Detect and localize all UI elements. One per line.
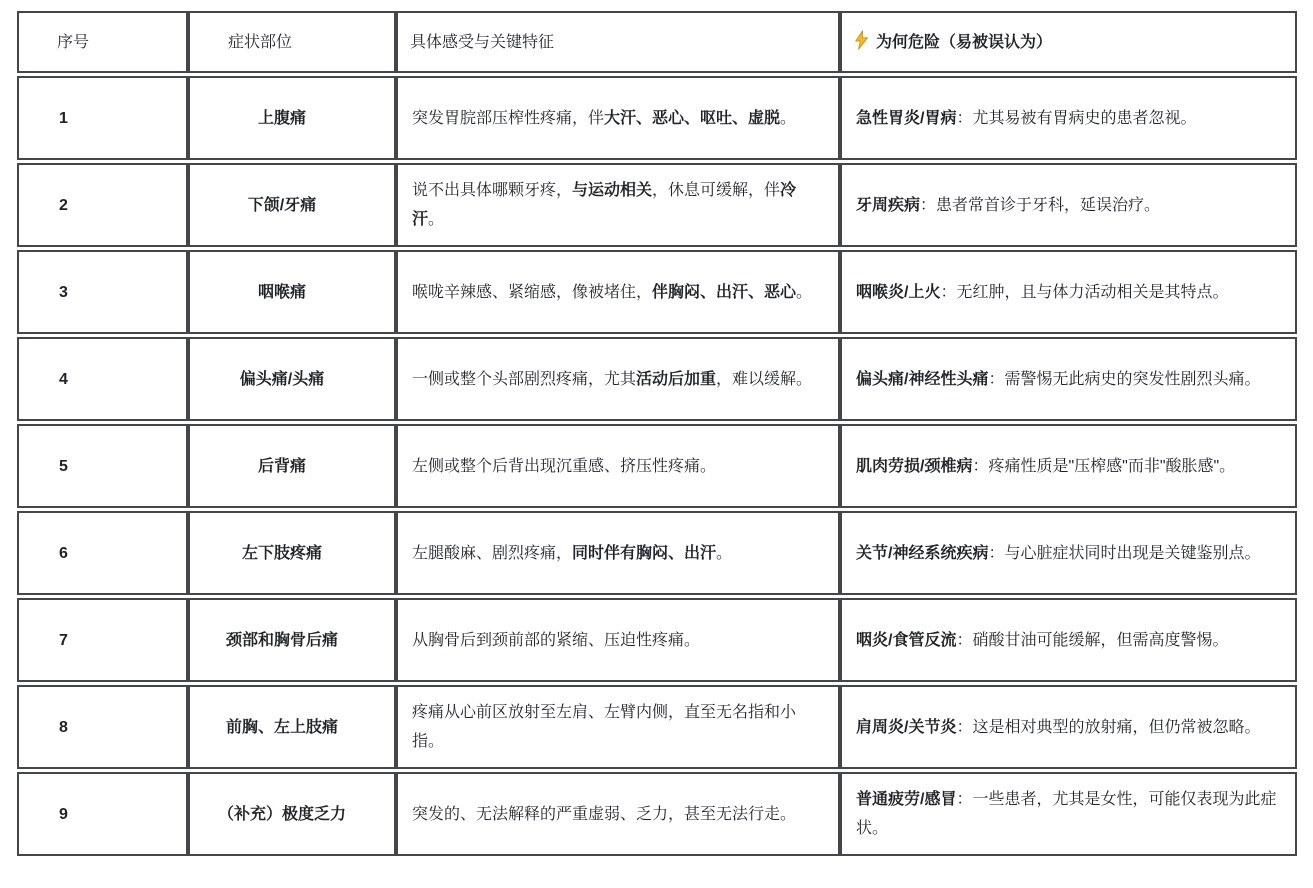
- plain-text: 左腿酸麻、剧烈疼痛，: [412, 545, 572, 562]
- table-row: 1上腹痛突发胃脘部压榨性疼痛，伴大汗、恶心、呕吐、虚脱。急性胃炎/胃病：尤其易被…: [17, 76, 1297, 160]
- plain-text: 突发胃脘部压榨性疼痛，伴: [412, 110, 604, 127]
- plain-text: 突发的、无法解释的严重虚弱、乏力，甚至无法行走。: [412, 806, 796, 823]
- header-row: 序号症状部位具体感受与关键特征为何危险（易被误认为）: [17, 11, 1297, 73]
- bold-text: 急性胃炎/胃病: [856, 110, 956, 127]
- table-row: 6左下肢疼痛左腿酸麻、剧烈疼痛，同时伴有胸闷、出汗。关节/神经系统疾病：与心脏症…: [17, 511, 1297, 595]
- table-body: 1上腹痛突发胃脘部压榨性疼痛，伴大汗、恶心、呕吐、虚脱。急性胃炎/胃病：尤其易被…: [17, 76, 1297, 856]
- cell-danger: 急性胃炎/胃病：尤其易被有胃病史的患者忽视。: [840, 76, 1297, 160]
- cell-location: 偏头痛/头痛: [188, 337, 396, 421]
- cell-danger: 咽喉炎/上火：无红肿，且与体力活动相关是其特点。: [840, 250, 1297, 334]
- table-row: 3咽喉痛喉咙辛辣感、紧缩感，像被堵住，伴胸闷、出汗、恶心。咽喉炎/上火：无红肿，…: [17, 250, 1297, 334]
- table-row: 2下颌/牙痛说不出具体哪颗牙疼，与运动相关，休息可缓解，伴冷汗。牙周疾病：患者常…: [17, 163, 1297, 247]
- table-row: 9（补充）极度乏力突发的、无法解释的严重虚弱、乏力，甚至无法行走。普通疲劳/感冒…: [17, 772, 1297, 856]
- plain-text: 疼痛从心前区放射至左肩、左臂内侧，直至无名指和小指。: [412, 704, 796, 750]
- header-label: 症状部位: [228, 34, 292, 51]
- plain-text: 从胸骨后到颈前部的紧缩、压迫性疼痛。: [412, 632, 700, 649]
- table-row: 4偏头痛/头痛一侧或整个头部剧烈疼痛，尤其活动后加重，难以缓解。偏头痛/神经性头…: [17, 337, 1297, 421]
- plain-text: ：尤其易被有胃病史的患者忽视。: [956, 110, 1196, 127]
- table-row: 7颈部和胸骨后痛从胸骨后到颈前部的紧缩、压迫性疼痛。咽炎/食管反流：硝酸甘油可能…: [17, 598, 1297, 682]
- cell-danger: 咽炎/食管反流：硝酸甘油可能缓解，但需高度警惕。: [840, 598, 1297, 682]
- bold-text: 偏头痛/神经性头痛: [856, 371, 988, 388]
- bold-text: 同时伴有胸闷、出汗: [572, 545, 716, 562]
- bold-text: 关节/神经系统疾病: [856, 545, 988, 562]
- cell-location: 颈部和胸骨后痛: [188, 598, 396, 682]
- plain-text: ，难以缓解。: [716, 371, 812, 388]
- cell-serial: 9: [17, 772, 188, 856]
- bold-text: 伴胸闷、出汗、恶心: [652, 284, 796, 301]
- cell-serial: 6: [17, 511, 188, 595]
- plain-text: 左侧或整个后背出现沉重感、挤压性疼痛。: [412, 458, 716, 475]
- page: 序号症状部位具体感受与关键特征为何危险（易被误认为） 1上腹痛突发胃脘部压榨性疼…: [0, 0, 1313, 869]
- plain-text: ：与心脏症状同时出现是关键鉴别点。: [988, 545, 1260, 562]
- header-feature: 具体感受与关键特征: [396, 11, 840, 73]
- bold-text: 普通疲劳/感冒: [856, 791, 956, 808]
- cell-serial: 4: [17, 337, 188, 421]
- bold-text: 大汗、恶心、呕吐、虚脱: [604, 110, 780, 127]
- cell-location: 左下肢疼痛: [188, 511, 396, 595]
- header-danger: 为何危险（易被误认为）: [840, 11, 1297, 73]
- cell-feature: 疼痛从心前区放射至左肩、左臂内侧，直至无名指和小指。: [396, 685, 840, 769]
- bold-text: 与运动相关: [572, 182, 652, 199]
- table-header: 序号症状部位具体感受与关键特征为何危险（易被误认为）: [17, 11, 1297, 73]
- cell-feature: 左侧或整个后背出现沉重感、挤压性疼痛。: [396, 424, 840, 508]
- bold-text: 活动后加重: [636, 371, 716, 388]
- plain-text: 说不出具体哪颗牙疼，: [412, 182, 572, 199]
- cell-danger: 偏头痛/神经性头痛：需警惕无此病史的突发性剧烈头痛。: [840, 337, 1297, 421]
- cell-feature: 说不出具体哪颗牙疼，与运动相关，休息可缓解，伴冷汗。: [396, 163, 840, 247]
- bold-text: 肌肉劳损/颈椎病: [856, 458, 972, 475]
- table-row: 5后背痛左侧或整个后背出现沉重感、挤压性疼痛。肌肉劳损/颈椎病：疼痛性质是"压榨…: [17, 424, 1297, 508]
- cell-feature: 左腿酸麻、剧烈疼痛，同时伴有胸闷、出汗。: [396, 511, 840, 595]
- header-label: 序号: [57, 34, 89, 51]
- plain-text: ：疼痛性质是"压榨感"而非"酸胀感"。: [972, 458, 1235, 475]
- cell-location: 前胸、左上肢痛: [188, 685, 396, 769]
- cell-location: 下颌/牙痛: [188, 163, 396, 247]
- bold-text: 牙周疾病: [856, 197, 920, 214]
- cell-danger: 普通疲劳/感冒：一些患者，尤其是女性，可能仅表现为此症状。: [840, 772, 1297, 856]
- cell-serial: 8: [17, 685, 188, 769]
- cell-danger: 牙周疾病：患者常首诊于牙科，延误治疗。: [840, 163, 1297, 247]
- header-label: 具体感受与关键特征: [410, 34, 554, 51]
- plain-text: 。: [780, 110, 796, 127]
- plain-text: ：无红肿，且与体力活动相关是其特点。: [940, 284, 1228, 301]
- plain-text: 。: [796, 284, 812, 301]
- cell-location: 上腹痛: [188, 76, 396, 160]
- cell-feature: 喉咙辛辣感、紧缩感，像被堵住，伴胸闷、出汗、恶心。: [396, 250, 840, 334]
- lightning-icon: [854, 30, 869, 50]
- header-location: 症状部位: [188, 11, 396, 73]
- cell-location: （补充）极度乏力: [188, 772, 396, 856]
- plain-text: ：需警惕无此病史的突发性剧烈头痛。: [988, 371, 1260, 388]
- cell-serial: 3: [17, 250, 188, 334]
- plain-text: ，休息可缓解，伴: [652, 182, 780, 199]
- cell-location: 咽喉痛: [188, 250, 396, 334]
- cell-feature: 突发的、无法解释的严重虚弱、乏力，甚至无法行走。: [396, 772, 840, 856]
- cell-location: 后背痛: [188, 424, 396, 508]
- plain-text: 。: [716, 545, 732, 562]
- cell-feature: 突发胃脘部压榨性疼痛，伴大汗、恶心、呕吐、虚脱。: [396, 76, 840, 160]
- cell-danger: 肌肉劳损/颈椎病：疼痛性质是"压榨感"而非"酸胀感"。: [840, 424, 1297, 508]
- plain-text: ：这是相对典型的放射痛，但仍常被忽略。: [956, 719, 1260, 736]
- header-serial: 序号: [17, 11, 188, 73]
- cell-danger: 肩周炎/关节炎：这是相对典型的放射痛，但仍常被忽略。: [840, 685, 1297, 769]
- symptoms-table: 序号症状部位具体感受与关键特征为何危险（易被误认为） 1上腹痛突发胃脘部压榨性疼…: [17, 8, 1297, 859]
- cell-feature: 从胸骨后到颈前部的紧缩、压迫性疼痛。: [396, 598, 840, 682]
- header-label: 为何危险（易被误认为）: [876, 34, 1052, 51]
- plain-text: 一侧或整个头部剧烈疼痛，尤其: [412, 371, 636, 388]
- plain-text: 。: [428, 211, 444, 228]
- cell-danger: 关节/神经系统疾病：与心脏症状同时出现是关键鉴别点。: [840, 511, 1297, 595]
- bold-text: 咽喉炎/上火: [856, 284, 940, 301]
- bold-text: 咽炎/食管反流: [856, 632, 956, 649]
- plain-text: ：患者常首诊于牙科，延误治疗。: [920, 197, 1160, 214]
- cell-serial: 7: [17, 598, 188, 682]
- cell-feature: 一侧或整个头部剧烈疼痛，尤其活动后加重，难以缓解。: [396, 337, 840, 421]
- plain-text: 喉咙辛辣感、紧缩感，像被堵住，: [412, 284, 652, 301]
- cell-serial: 1: [17, 76, 188, 160]
- cell-serial: 2: [17, 163, 188, 247]
- bold-text: 肩周炎/关节炎: [856, 719, 956, 736]
- plain-text: ：硝酸甘油可能缓解，但需高度警惕。: [956, 632, 1228, 649]
- table-row: 8前胸、左上肢痛疼痛从心前区放射至左肩、左臂内侧，直至无名指和小指。肩周炎/关节…: [17, 685, 1297, 769]
- cell-serial: 5: [17, 424, 188, 508]
